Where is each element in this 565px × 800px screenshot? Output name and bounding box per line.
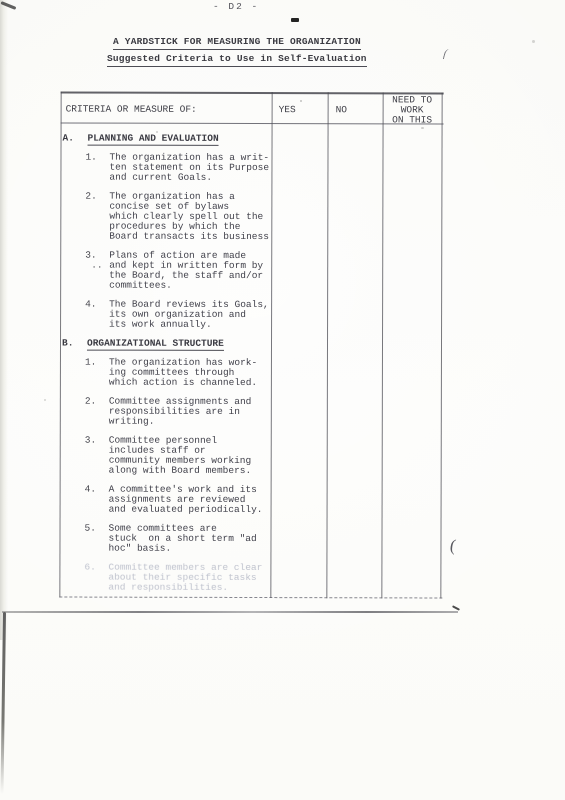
handwritten-paren-mark: ( — [449, 536, 457, 557]
table-top-border — [61, 91, 444, 94]
page-left-edge — [0, 0, 8, 640]
item-text-line: along with Board members. — [109, 466, 271, 476]
item-text-line: and evaluated periodically. — [109, 505, 271, 515]
criteria-item: 6.Committee members are clearabout their… — [59, 562, 270, 593]
item-text: Committee assignments andresponsibilitie… — [109, 397, 271, 427]
scan-speck — [421, 127, 424, 129]
document-title: A YARDSTICK FOR MEASURING THE ORGANIZATI… — [113, 36, 361, 50]
item-number: 6. — [84, 563, 95, 573]
criteria-item: 1.The organization has work-ing committe… — [60, 357, 271, 388]
scan-speck — [44, 399, 46, 401]
scanned-document-page: - D2 - A YARDSTICK FOR MEASURING THE ORG… — [0, 0, 565, 800]
section-heading: A.PLANNING AND EVALUATION — [61, 133, 272, 144]
item-text-line: hoc" basis. — [108, 544, 270, 554]
section-title: PLANNING AND EVALUATION — [88, 134, 219, 146]
item-number: 2. — [85, 192, 96, 202]
stray-pen-tick-bottom — [452, 605, 460, 611]
item-text-line: its work annually. — [109, 320, 271, 330]
stray-pen-tick-top — [443, 48, 452, 60]
item-text: The organization has work-ing committees… — [109, 358, 271, 388]
criteria-item: 3...Plans of action are madeand kept in … — [60, 250, 271, 291]
criteria-item: 4.The Board reviews its Goals,its own or… — [60, 299, 271, 330]
section-title: ORGANIZATIONAL STRUCTURE — [87, 339, 224, 351]
table-right-border — [440, 92, 442, 598]
column-header-criteria: CRITERIA OR MEASURE OF: — [66, 105, 197, 115]
page-number: - D2 - — [213, 1, 259, 12]
yes-no-divider — [326, 92, 328, 598]
criteria-item: 2.Committee assignments andresponsibilit… — [60, 396, 271, 427]
item-number: 1. — [85, 358, 96, 368]
item-number: 1. — [85, 153, 96, 163]
column-header-yes: YES — [279, 105, 296, 115]
item-text-line: writing. — [109, 417, 271, 427]
column-header-need-to-work: NEED TO WORK ON THIS — [383, 95, 442, 125]
scan-speck — [156, 131, 158, 133]
item-text: The organization has aconcise set of byl… — [109, 192, 271, 242]
item-text-line: which action is channeled. — [109, 378, 271, 388]
item-text-line: committees. — [109, 281, 271, 291]
item-text-line: and responsibilities. — [108, 583, 270, 593]
item-text-line: Board transacts its business — [109, 232, 271, 242]
item-number: 5. — [85, 524, 96, 534]
item-text: Some committees arestuck on a short term… — [108, 524, 270, 554]
no-need-divider — [381, 92, 383, 598]
criteria-table: CRITERIA OR MEASURE OF: YES NO NEED TO W… — [59, 91, 443, 598]
scan-speck — [300, 100, 302, 102]
item-number: 2. — [85, 397, 96, 407]
item-number: 4. — [85, 300, 96, 310]
criteria-item: 4.A committee's work and itsassignments … — [60, 484, 271, 515]
item-text: Committee members are clearabout their s… — [108, 563, 270, 593]
item-text: The organization has a writ-ten statemen… — [109, 153, 271, 183]
section-letter: B. — [62, 339, 73, 349]
gutter-dots: .. — [91, 261, 102, 271]
item-text: Committee personnelincludes staff orcomm… — [109, 436, 271, 476]
section-letter: A. — [63, 134, 74, 144]
criteria-item: 1.The organization has a writ-ten statem… — [60, 152, 271, 183]
item-text: The Board reviews its Goals,its own orga… — [109, 300, 271, 330]
criteria-item: 2.The organization has aconcise set of b… — [60, 191, 271, 242]
column-header-no: NO — [336, 105, 347, 115]
item-text-line: and current Goals. — [109, 173, 271, 183]
ink-smudge-mark — [291, 18, 299, 22]
section-heading: B.ORGANIZATIONAL STRUCTURE — [60, 338, 271, 349]
criteria-list: A.PLANNING AND EVALUATION1.The organizat… — [59, 133, 271, 602]
criteria-item: 5.Some committees arestuck on a short te… — [59, 523, 270, 554]
scan-speck — [532, 40, 535, 43]
criteria-item: 3.Committee personnelincludes staff orco… — [60, 435, 271, 476]
page-bottom-rule — [2, 611, 458, 613]
item-number: 3. — [85, 436, 96, 446]
item-text: Plans of action are madeand kept in writ… — [109, 251, 271, 291]
document-subtitle: Suggested Criteria to Use in Self-Evalua… — [107, 53, 367, 67]
item-text: A committee's work and itsassignments ar… — [109, 485, 271, 515]
item-number: 4. — [85, 485, 96, 495]
